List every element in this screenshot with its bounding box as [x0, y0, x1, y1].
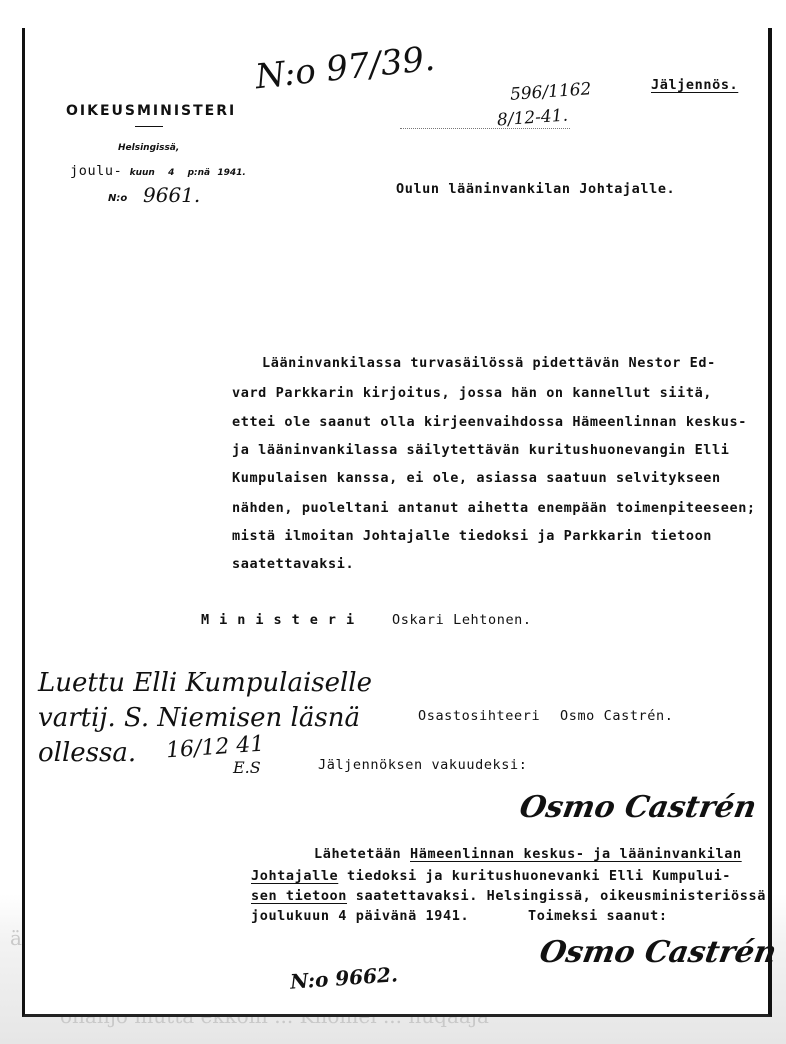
- stamp-line: [400, 128, 570, 129]
- note-line: Luettu Elli Kumpulaiselle: [38, 668, 372, 698]
- minister-title: Ministeri: [201, 612, 364, 628]
- forward-underlined: Johtajalle: [251, 868, 338, 884]
- forward-line: joulukuun 4 päivänä 1941.: [251, 908, 469, 924]
- body-line: vard Parkkarin kirjoitus, jossa hän on k…: [232, 385, 712, 401]
- signature-2: Osmo Castrén: [537, 935, 779, 970]
- certification-label: Jäljennöksen vakuudeksi:: [318, 757, 527, 773]
- signature-1: Osmo Castrén: [517, 790, 759, 825]
- forward-underlined: Hämeenlinnan keskus- ja lääninvankilan: [410, 846, 742, 862]
- date-day: 4: [168, 168, 174, 178]
- body-line: ettei ole saanut olla kirjeenvaihdossa H…: [232, 414, 747, 430]
- forward-plain: saatettavaksi. Helsingissä, oikeusminist…: [347, 888, 766, 904]
- date-day-suffix: p:nä: [188, 168, 211, 178]
- addressee: Oulun lääninvankilan Johtajalle.: [396, 181, 675, 197]
- body-line: nähden, puoleltani antanut aihetta enemp…: [232, 500, 756, 516]
- note-line: ollessa.: [38, 738, 136, 768]
- minister-name: Oskari Lehtonen.: [392, 612, 532, 628]
- forward-plain: Lähetetään: [314, 846, 410, 862]
- forward-line: Lähetetään Hämeenlinnan keskus- ja lääni…: [314, 846, 742, 862]
- note-line: vartij. S. Niemisen läsnä: [38, 703, 360, 733]
- forward-line: Johtajalle tiedoksi ja kuritushuonevanki…: [251, 868, 731, 884]
- forward-underlined: sen tietoon: [251, 888, 347, 904]
- ministry-name: OIKEUSMINISTERI: [66, 103, 236, 119]
- number-handwritten: 9661.: [143, 183, 200, 207]
- body-line: mistä ilmoitan Johtajalle tiedoksi ja Pa…: [232, 528, 712, 544]
- secretary-name: Osmo Castrén.: [560, 708, 673, 724]
- date-line: joulu- kuun 4 p:nä 1941.: [70, 163, 246, 179]
- date-year: 1941.: [217, 168, 245, 178]
- note-initials: E.S: [233, 758, 261, 777]
- body-line: Lääninvankilassa turvasäilössä pidettävä…: [262, 355, 716, 371]
- date-month: joulu-: [70, 163, 122, 179]
- number-label: N:o: [108, 193, 127, 204]
- secretary-title: Osastosihteeri: [418, 708, 540, 724]
- forward-line: sen tietoon saatettavaksi. Helsingissä, …: [251, 888, 766, 904]
- body-line: Kumpulaisen kanssa, ei ole, asiassa saat…: [232, 470, 721, 486]
- date-month-suffix: kuun: [130, 168, 155, 178]
- place-label: Helsingissä,: [118, 143, 179, 153]
- copy-label: Jäljennös.: [651, 77, 738, 93]
- body-line: saatettavaksi.: [232, 556, 354, 572]
- divider: [135, 126, 163, 127]
- body-line: ja lääninvankilassa säilytettävän kuritu…: [232, 442, 729, 458]
- forward-plain: tiedoksi ja kuritushuonevanki Elli Kumpu…: [338, 868, 731, 884]
- forward-closing: Toimeksi saanut:: [528, 908, 668, 924]
